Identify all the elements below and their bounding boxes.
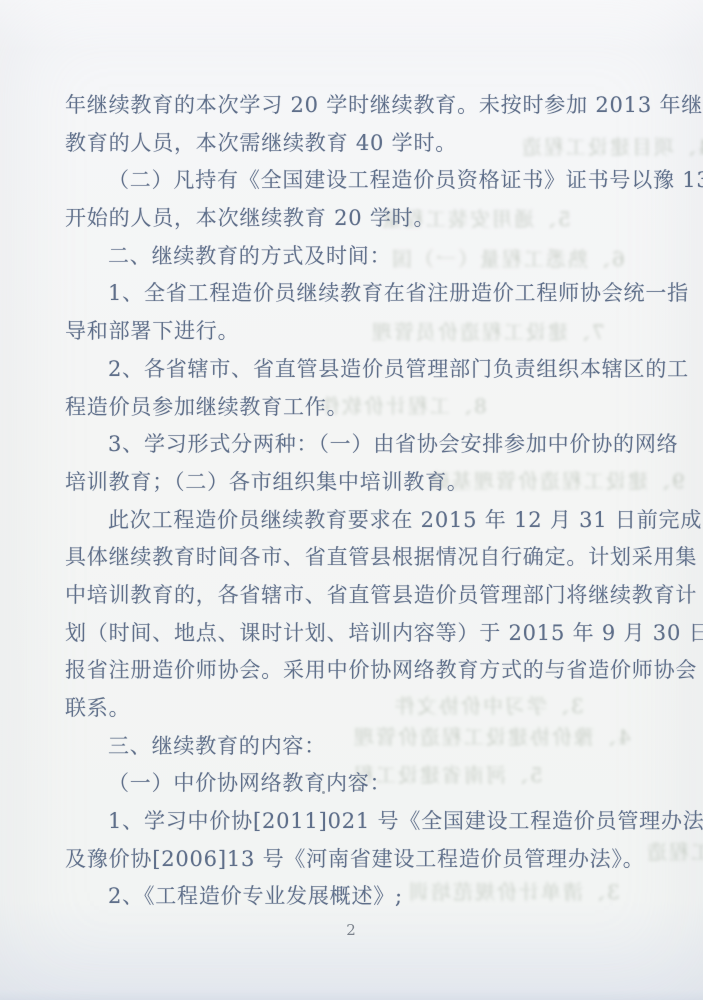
scan-page: 4、项目建设工程造5、通用安装工程量6、熟悉工程量（一）国7、建设工程造价员管理… [0, 0, 703, 1000]
text-line: 1、学习中价协[2011]021 号《全国建设工程造价员管理办法》 [65, 803, 671, 841]
text-line: 具体继续教育时间各市、省直管县根据情况自行确定。计划采用集 [65, 539, 671, 577]
text-line: 年继续教育的本次学习 20 学时继续教育。未按时参加 2013 年继续 [65, 87, 671, 125]
text-line: 三、继续教育的内容： [65, 728, 671, 766]
text-line: 导和部署下进行。 [65, 313, 671, 351]
text-line: 教育的人员，本次需继续教育 40 学时。 [65, 125, 671, 163]
scan-speck [358, 787, 361, 790]
text-line: 1、全省工程造价员继续教育在省注册造价工程师协会统一指 [65, 275, 671, 313]
text-line: 联系。 [65, 690, 671, 728]
text-line: 报省注册造价师协会。采用中价协网络教育方式的与省造价师协会 [65, 652, 671, 690]
text-line: 程造价员参加继续教育工作。 [65, 389, 671, 427]
text-line: 二、继续教育的方式及时间： [65, 238, 671, 276]
page-number: 2 [0, 921, 703, 939]
text-line: 2、各省辖市、省直管县造价员管理部门负责组织本辖区的工 [65, 351, 671, 389]
text-line: （一）中价协网络教育内容： [65, 765, 671, 803]
text-line: 划（时间、地点、课时计划、培训内容等）于 2015 年 9 月 30 日前 [65, 615, 671, 653]
text-line: 及豫价协[2006]13 号《河南省建设工程造价员管理办法》。 [65, 841, 671, 879]
text-line: （二）凡持有《全国建设工程造价员资格证书》证书号以豫 13 [65, 162, 671, 200]
text-line: 培训教育；（二）各市组织集中培训教育。 [65, 464, 671, 502]
text-line: 中培训教育的，各省辖市、省直管县造价员管理部门将继续教育计 [65, 577, 671, 615]
document-text: 年继续教育的本次学习 20 学时继续教育。未按时参加 2013 年继续教育的人员… [65, 87, 671, 916]
text-line: 3、学习形式分两种：（一）由省协会安排参加中价协的网络 [65, 426, 671, 464]
text-line: 此次工程造价员继续教育要求在 2015 年 12 月 31 日前完成， [65, 502, 671, 540]
text-line: 2、《工程造价专业发展概述》; [65, 878, 671, 916]
text-line: 开始的人员，本次继续教育 20 学时。 [65, 200, 671, 238]
scan-speck [322, 791, 325, 794]
